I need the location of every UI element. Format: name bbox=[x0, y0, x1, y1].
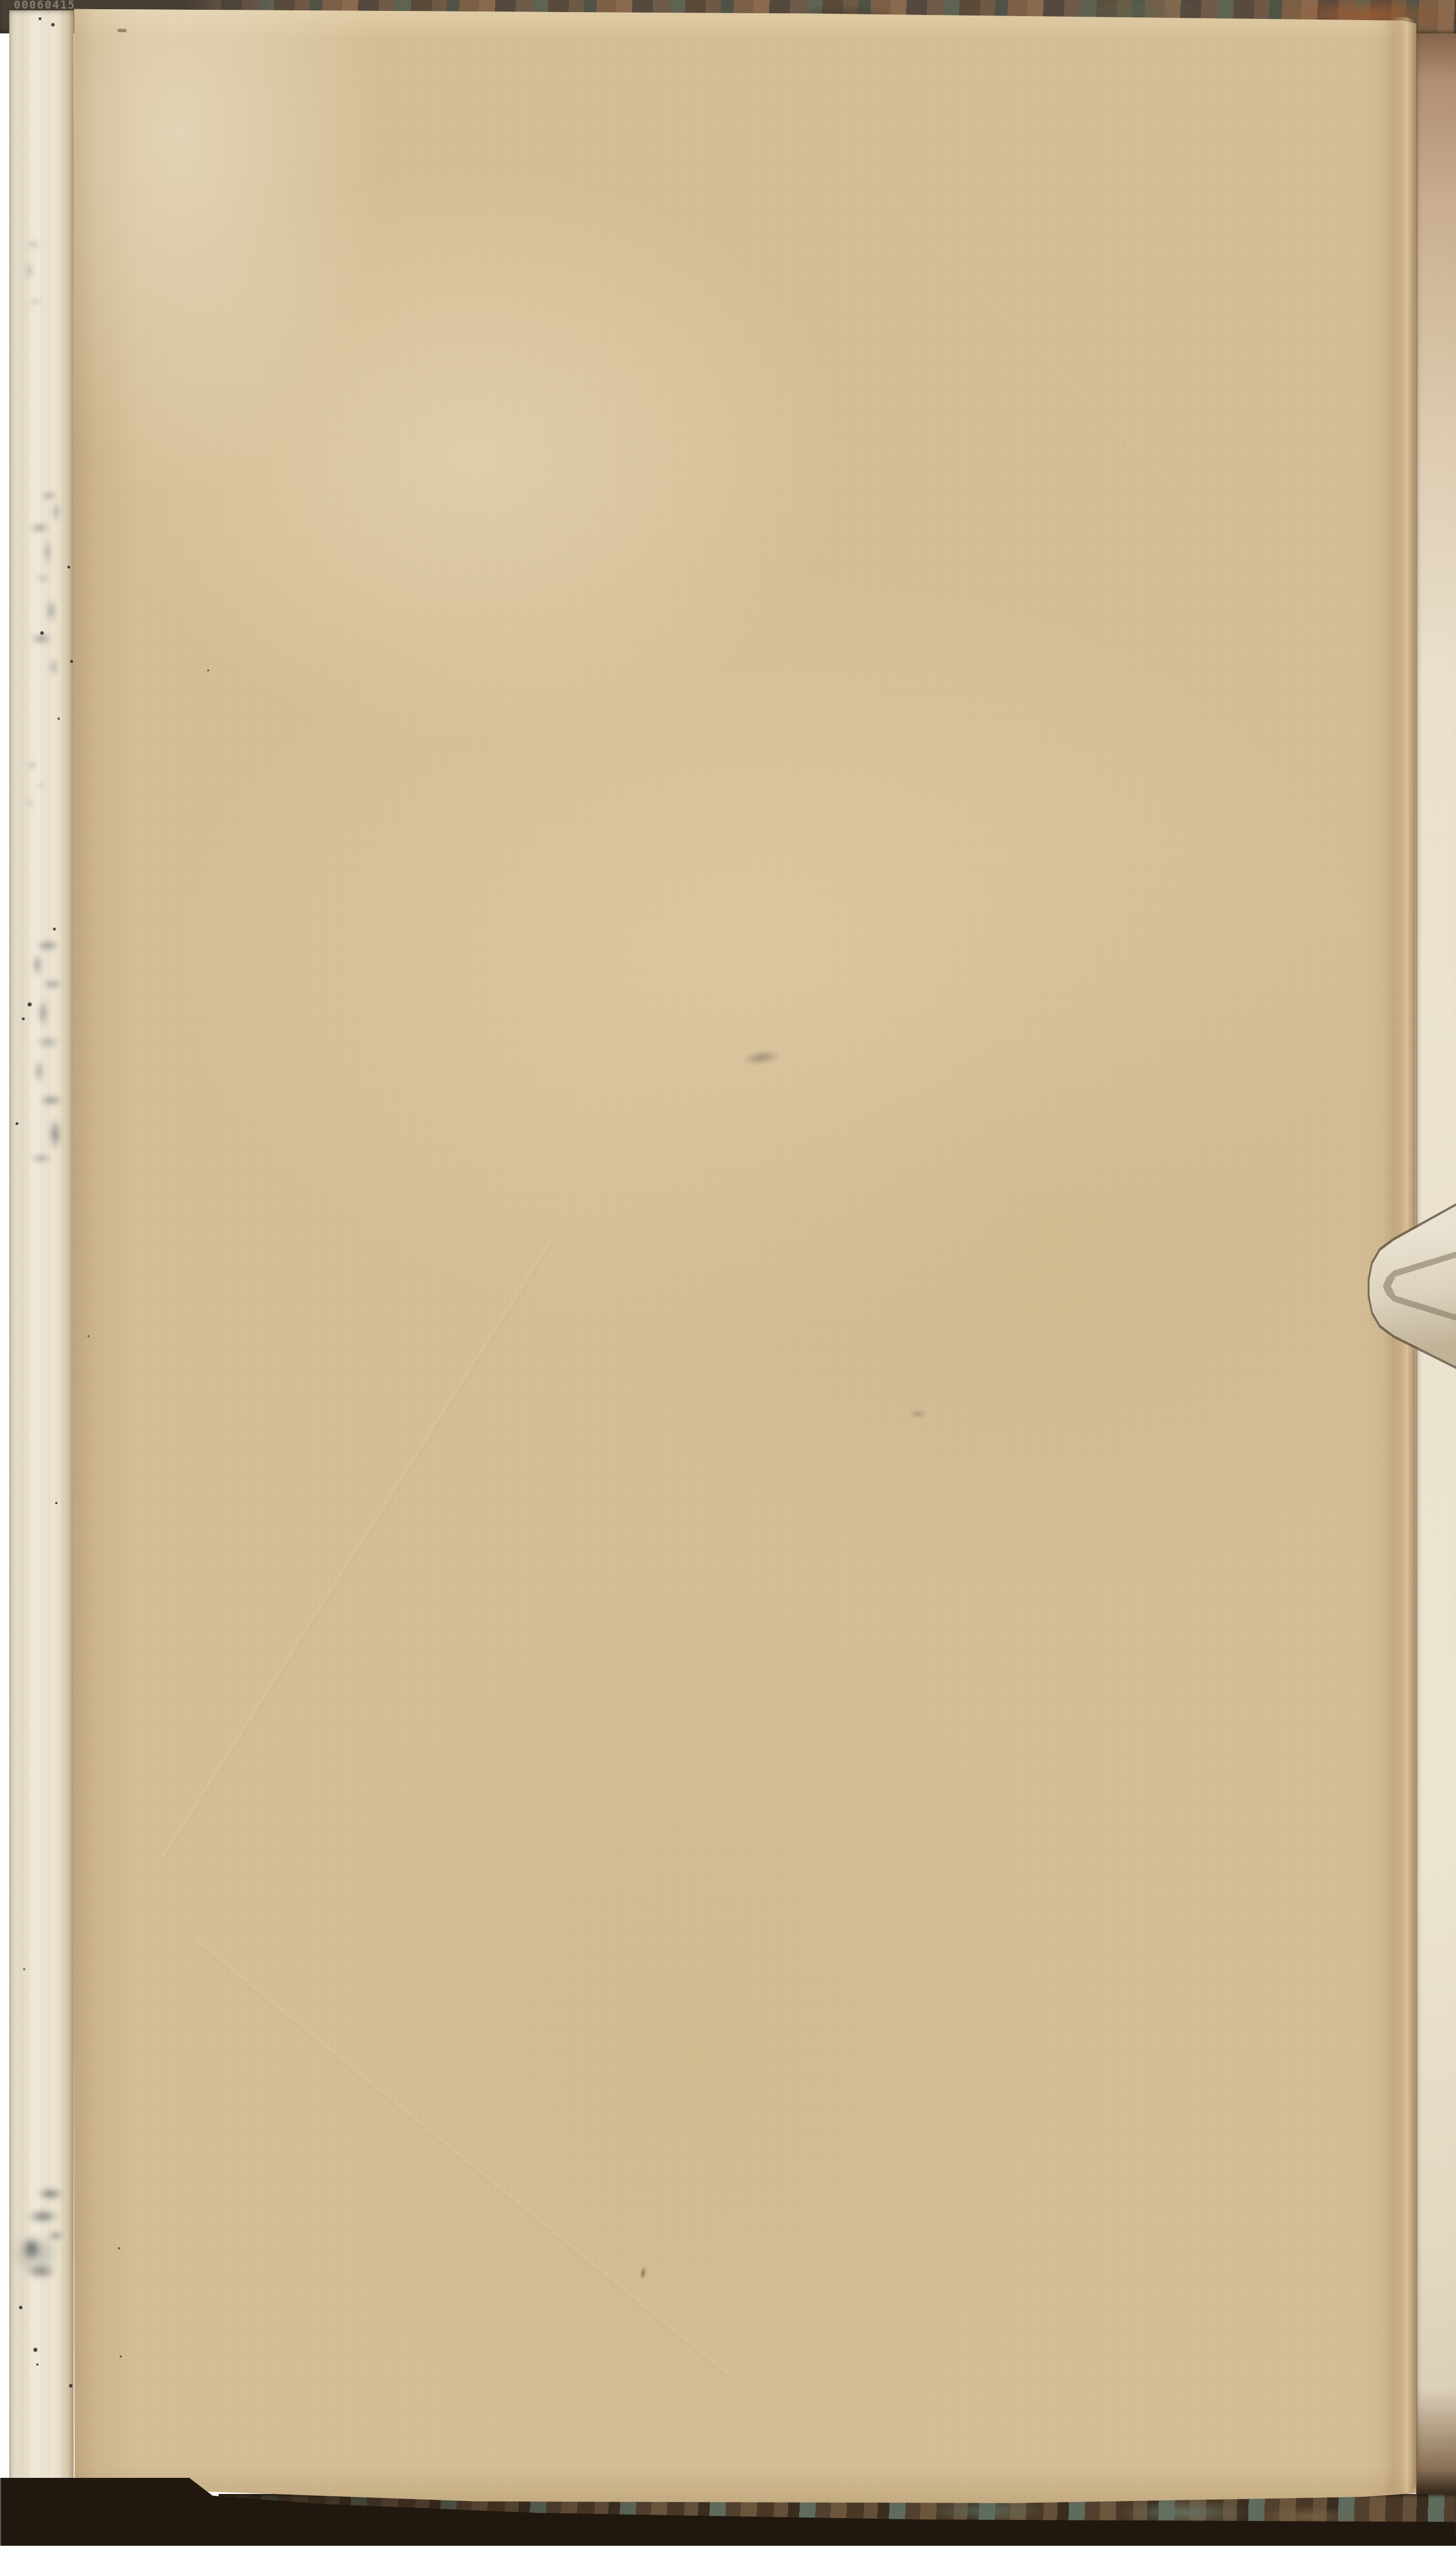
ink-speck bbox=[67, 566, 70, 569]
ink-speck bbox=[55, 1502, 58, 1504]
ink-speck bbox=[36, 2363, 39, 2366]
page-crease bbox=[833, 144, 1342, 665]
blank-page bbox=[72, 8, 1416, 2504]
ink-smudge bbox=[905, 1408, 931, 1420]
ink-speck bbox=[39, 17, 41, 20]
scan-id-watermark: 00060415 bbox=[14, 0, 76, 12]
underlying-page-edge bbox=[9, 10, 74, 2485]
bleedthrough-ink-smudge bbox=[18, 748, 53, 817]
ink-speck bbox=[120, 2355, 122, 2358]
bleedthrough-ink-smudge bbox=[9, 2181, 84, 2342]
ink-speck bbox=[22, 1017, 25, 1020]
page-crease bbox=[194, 1940, 732, 2379]
ink-speck bbox=[207, 669, 209, 672]
ink-speck bbox=[58, 718, 60, 720]
book-scan-page: 00060415 bbox=[0, 0, 1456, 2559]
page-clip bbox=[1367, 1200, 1456, 1372]
scan-margin-bottom bbox=[0, 2546, 1456, 2559]
bleedthrough-ink-smudge bbox=[10, 931, 78, 1173]
ink-speck bbox=[33, 2348, 37, 2352]
ink-speck bbox=[70, 660, 73, 663]
ink-speck bbox=[23, 1968, 25, 1970]
ink-speck bbox=[87, 1335, 90, 1337]
page-crease bbox=[82, 619, 352, 624]
ink-smudge bbox=[637, 2263, 648, 2283]
ink-speck bbox=[28, 1002, 32, 1006]
page-crease bbox=[475, 2252, 560, 2272]
ink-smudge bbox=[733, 1044, 790, 1072]
ink-speck bbox=[16, 1122, 18, 1125]
ink-speck bbox=[118, 2247, 120, 2249]
ink-speck bbox=[53, 928, 56, 930]
page-crease bbox=[162, 1235, 556, 1859]
ink-speck bbox=[51, 23, 55, 26]
ink-speck bbox=[40, 631, 44, 635]
bleedthrough-ink-smudge bbox=[12, 486, 74, 687]
ink-speck bbox=[69, 2384, 72, 2388]
ink-speck bbox=[19, 2306, 22, 2309]
bleedthrough-ink-smudge bbox=[17, 229, 58, 333]
ink-smudge bbox=[117, 29, 127, 32]
